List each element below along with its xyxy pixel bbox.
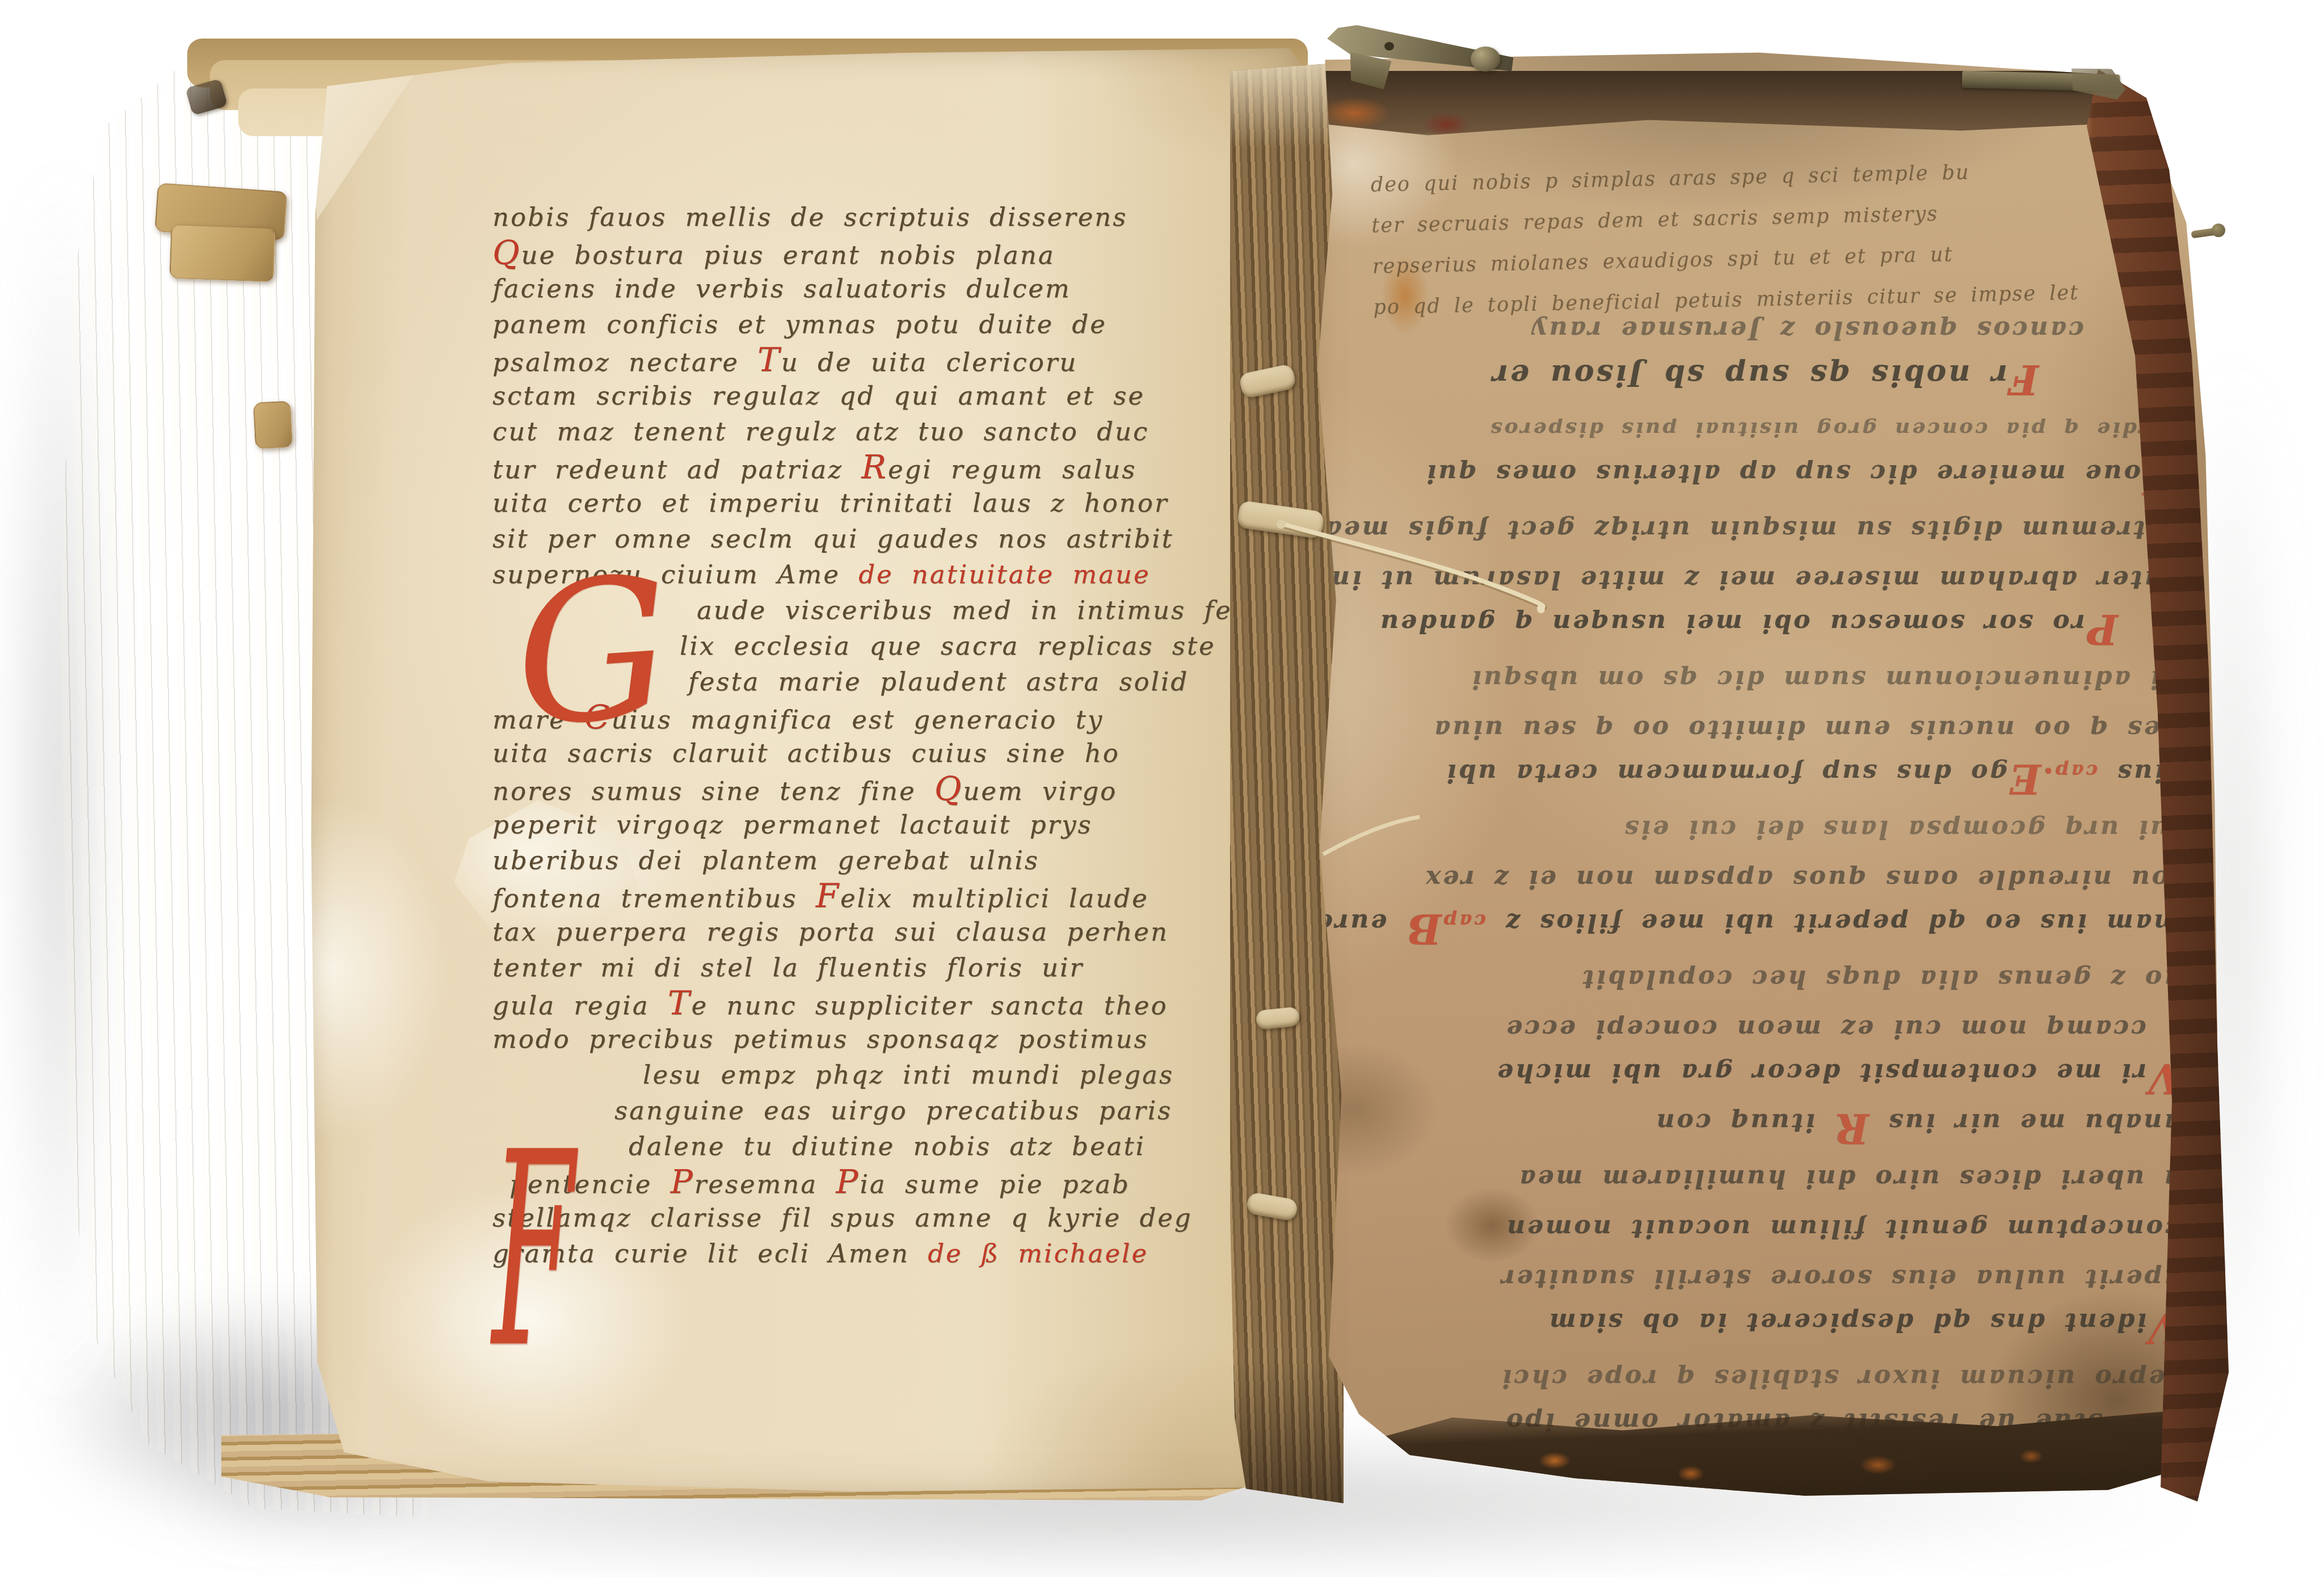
clasp-pin-head — [2212, 224, 2225, 237]
inverted-text-line: lui urq gcompsa lans dei cui eis — [1349, 804, 2180, 854]
rubric-text: F — [816, 876, 840, 915]
ink-text: anabu me uir ius — [1869, 1108, 2180, 1137]
inverted-text-line: conceptum genuit filium uocauit nomen — [1349, 1203, 2180, 1253]
text-line: fontena trementibus Felix multiplici lau… — [492, 878, 1270, 914]
ink-text: a uberi dices uiro dni humiliarem mea — [1517, 1164, 2180, 1193]
ink-text: tur redeunt ad patriaz — [492, 454, 861, 484]
ink-text: mam ius eo qd peperit ubi mee filios z — [1486, 908, 2180, 937]
ink-text: euro — [1314, 908, 1405, 937]
ink-text: ro sor somescu obi mei usuqen q gandeu — [1378, 609, 2085, 638]
text-line: tur redeunt ad patriaz Regi regum salus — [492, 449, 1270, 485]
inverted-text-line: Noue meniere dic sup ap alterius omes qu… — [1349, 454, 2180, 504]
text-line: lix ecclesia que sacra replicas ste — [680, 628, 1270, 664]
text-line: uita certo et imperiu trinitati laus z h… — [492, 485, 1270, 521]
inverted-text-line: ccamq nom cui ez meon concepi ecce — [1349, 1003, 2180, 1053]
text-line: gula regia Te nunc suppliciter sancta th… — [492, 985, 1270, 1021]
text-line: sctam scribis regulaz qd qui amant et se — [492, 378, 1270, 414]
rubric-text: T — [757, 340, 781, 379]
ink-text: tenter mi di stel la fluentis floris uir — [492, 952, 1084, 983]
drop-cap-initial: G — [509, 551, 676, 754]
inverted-text-line: Fr nobis qs sup sb Jisou er — [1349, 355, 2180, 404]
rubric-text: B — [1405, 905, 1442, 953]
inverted-text-line: iou nireudle oans quos appsam non ei z r… — [1349, 854, 2180, 904]
ink-text: aperit uulua eius sorore sterili suauite… — [1500, 1264, 2180, 1293]
ink-text: nobis fauos mellis de scriptuis disseren… — [492, 202, 1127, 232]
text-line: modo precibus petimus sponsaqz postimus — [492, 1021, 1270, 1057]
ink-text: gula regia — [492, 990, 668, 1021]
ink-text: uberibus dei plantem gerebat ulnis — [492, 845, 1039, 875]
ink-text: dalene tu diutine nobis atz beati — [629, 1131, 1146, 1161]
right-page-inverted-text: cancos queouslo z Jerusnae rauyFr nobis … — [1349, 305, 2180, 1453]
ink-text: repro uicuam iuxor stabiles q rope chci — [1500, 1364, 2180, 1393]
right-page-cursive-text: deo qui nobis p simplas aras spe q sci t… — [1370, 149, 2111, 328]
inverted-text-line: ues q oo nucuis eum dimitto oo q seu uiu… — [1349, 704, 2180, 754]
rubric-text: R — [1833, 1104, 1869, 1153]
ink-text: iou nireudle oans quos appsam non ei z r… — [1424, 865, 2180, 893]
ink-text: ituuq con — [1654, 1108, 1833, 1137]
ink-text: elix multiplici laude — [840, 883, 1149, 913]
rubric-text: de ß michaele — [928, 1238, 1148, 1268]
text-line: panem conficis et ymnas potu duite de — [492, 306, 1270, 342]
ink-text: aude visceribus med in intimus fe — [697, 595, 1232, 625]
rubric-text: T — [668, 984, 692, 1022]
text-line: uberibus dei plantem gerebat ulnis — [492, 842, 1270, 878]
ink-text: oue meniere dic sup ap alterius omes qui — [1425, 459, 2141, 488]
ink-text: pater abraham miseree mei z mitte lasaru… — [1283, 565, 2180, 594]
clasp-rivet-hole — [1384, 42, 1394, 50]
ink-text: fontena trementibus — [492, 883, 816, 913]
ink-text: go dns sup formamcem certa ubi — [1445, 758, 2007, 787]
fore-edge-tab — [253, 400, 293, 449]
ink-text: cordie q pia concen grog uisituai puis d… — [1489, 418, 2180, 441]
rubric-text: de natiuitate maue — [858, 559, 1150, 589]
rubric-text: E — [2007, 755, 2041, 803]
ink-text: cancos queouslo z Jerusnae rauy — [1530, 315, 2084, 344]
text-line: nores sumus sine tenz fine Quem virgo — [492, 771, 1270, 807]
ink-text: peperit virgoqz permanet lactauit prys — [492, 809, 1093, 840]
photo-backdrop: nobis fauos mellis de scriptuis disseren… — [0, 0, 2324, 1567]
drop-cap-initial: F — [492, 1118, 575, 1386]
right-page: deo qui nobis p simplas aras spe q sci t… — [1299, 48, 2218, 1502]
ink-text: u de uita clericoru — [781, 347, 1078, 377]
ink-text: tax puerpera regis porta sui clausa perh… — [492, 917, 1169, 947]
ink-text: hi adinuencionum suam dic qs om ubsqui — [1470, 665, 2181, 694]
text-line: peperit virgoqz permanet lactauit prys — [492, 807, 1270, 842]
fore-edge-tab — [169, 224, 275, 282]
ink-text: ia sume pie pzab — [860, 1169, 1130, 1199]
text-line: tax puerpera regis porta sui clausa perh… — [492, 914, 1270, 950]
ink-text: r nobis qs sup sb Jisou er — [1491, 358, 2007, 393]
text-line: nobis fauos mellis de scriptuis disseren… — [492, 199, 1270, 235]
text-line: sanguine eas uirgo precatibus paris — [614, 1093, 1270, 1128]
ink-text: lesu empz phqz inti mundi plegas — [643, 1060, 1174, 1090]
rubric-text: P — [836, 1162, 860, 1201]
rubric-text: cap∙ — [2041, 760, 2098, 782]
ink-text: uita certo et imperiu trinitati laus z h… — [492, 488, 1168, 518]
ink-text: ri me contempsit decor gra ubi miche — [1495, 1058, 2146, 1087]
ink-text: panem conficis et ymnas potu duite de — [492, 309, 1107, 339]
rubric-text: R — [861, 448, 888, 486]
ink-text: uius magnifica est generacio ty — [611, 705, 1104, 735]
ink-text: ident dns qd despiceret ia ob siam — [1547, 1308, 2146, 1336]
inverted-text-line: mam ius eo qd peperit ubi mee filios z c… — [1349, 904, 2180, 954]
ink-text: ao z genus alia duqs hec copulabit — [1580, 964, 2180, 993]
ink-text: faciens inde verbis saluatoris dulcem — [492, 273, 1071, 303]
ink-text: ue bostura pius erant nobis plana — [521, 240, 1055, 270]
rubric-text: Q — [492, 233, 521, 272]
inverted-text-line: aperit uulua eius sorore sterili suauite… — [1349, 1253, 2180, 1303]
inverted-text-line: anabu me uir ius R ituuq con — [1349, 1103, 2180, 1153]
ink-text: cut maz tenent regulz atz tuo sancto duc — [492, 416, 1149, 446]
ink-text: lix ecclesia que sacra replicas ste — [680, 631, 1216, 661]
ink-text: resemna — [694, 1169, 836, 1199]
ink-text: e nunc suppliciter sancta theo — [691, 990, 1168, 1021]
inverted-text-line: sius cap∙Ego dns sup formamcem certa ubi — [1349, 754, 2180, 804]
ink-text: modo precibus petimus sponsaqz postimus — [492, 1024, 1149, 1054]
text-line: pentencie Presemna Pia sume pie pzab — [510, 1164, 1270, 1200]
ink-text: uem virgo — [963, 776, 1117, 806]
text-line: lesu empz phqz inti mundi plegas — [643, 1057, 1270, 1093]
text-line: cut maz tenent regulz atz tuo sancto duc — [492, 414, 1270, 449]
rubric-text: P — [671, 1162, 694, 1201]
rubric-text: cap — [1442, 909, 1487, 932]
ink-text: conceptum genuit filium uocauit nomen — [1505, 1214, 2180, 1243]
ink-text: ues q oo nucuis eum dimitto oo q seu uiu… — [1432, 715, 2180, 744]
inverted-text-line: cancos queouslo z Jerusnae rauy — [1349, 305, 2180, 355]
rubric-text: P — [2085, 605, 2118, 653]
inverted-text-line: repro uicuam iuxor stabiles q rope chci — [1349, 1353, 2180, 1403]
inverted-text-line: cordie q pia concen grog uisituai puis d… — [1349, 404, 2180, 454]
text-line: tenter mi di stel la fluentis floris uir — [492, 950, 1270, 985]
text-line: stellamqz clarisse fil spus amne q kyrie… — [492, 1200, 1270, 1236]
ink-text: sctam scribis regulaz qd qui amant et se — [492, 381, 1145, 411]
inverted-text-line: extremum digits su misquin utriqz gect f… — [1349, 504, 2180, 554]
inverted-text-line: Pro sor somescu obi mei usuqen q gandeu — [1349, 604, 2180, 654]
ink-text: ccamq nom cui ez meon concepi ecce — [1504, 1014, 2146, 1043]
ink-text: extremum digits su misquin utriqz gect f… — [1324, 515, 2180, 544]
left-page: nobis fauos mellis de scriptuis disseren… — [309, 40, 1305, 1493]
inverted-text-line: ao z genus alia duqs hec copulabit — [1349, 954, 2180, 1003]
text-line: gramta curie lit ecli Amen de ß michaele — [492, 1236, 1270, 1271]
inverted-text-line: Vident dns qd despiceret ia ob siam — [1349, 1303, 2180, 1353]
inverted-text-line: hi adinuencionum suam dic qs om ubsqui — [1349, 654, 2180, 704]
rubric-text: F — [2007, 356, 2039, 404]
ink-text: lui urq gcompsa lans dei cui eis — [1623, 815, 2180, 844]
text-line: dalene tu diutine nobis atz beati — [629, 1128, 1270, 1164]
text-line: psalmoz nectare Tu de uita clericoru — [492, 342, 1270, 378]
inverted-text-line: a uberi dices uiro dni humiliarem mea — [1349, 1153, 2180, 1203]
ink-text: nores sumus sine tenz fine — [492, 776, 934, 806]
ink-text: festa marie plaudent astra solid — [688, 667, 1189, 697]
ink-text: egi regum salus — [888, 454, 1136, 484]
text-line: faciens inde verbis saluatoris dulcem — [492, 271, 1270, 306]
inverted-text-line: Vri me contempsit decor gra ubi miche — [1349, 1053, 2180, 1103]
ink-text: sanguine eas uirgo precatibus paris — [614, 1095, 1172, 1125]
text-line: festa marie plaudent astra solid — [688, 664, 1270, 699]
clasp-knob — [1471, 47, 1500, 71]
ink-text: stellamqz clarisse fil spus amne q kyrie… — [492, 1203, 1193, 1233]
ink-text: psalmoz nectare — [492, 347, 757, 377]
text-line: aude visceribus med in intimus fe — [697, 592, 1270, 628]
rubric-text: Q — [934, 769, 963, 808]
inverted-text-line: pater abraham miseree mei z mitte lasaru… — [1349, 554, 2180, 604]
text-line: Que bostura pius erant nobis plana — [492, 235, 1270, 271]
